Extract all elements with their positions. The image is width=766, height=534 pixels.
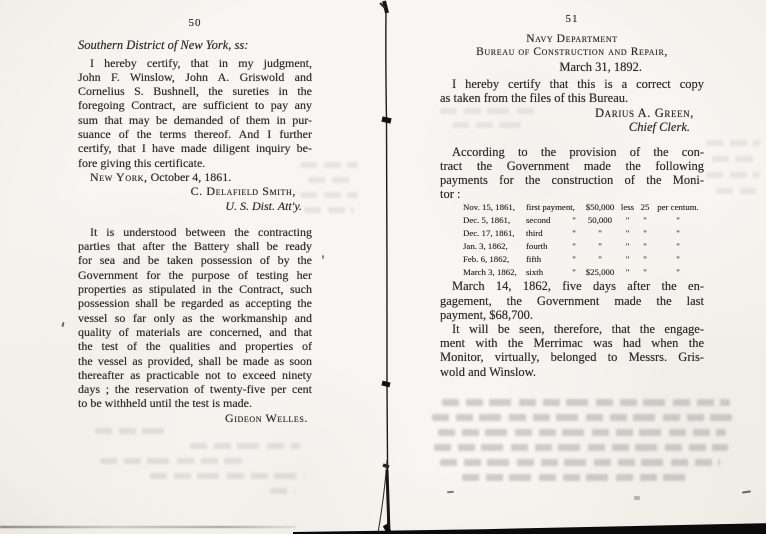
text-line: thereafter as practicable not to exceed … xyxy=(78,368,312,382)
table-cell: " xyxy=(565,253,583,266)
text-line: Government for the purpose of testing he… xyxy=(78,268,312,282)
table-cell: fifth xyxy=(526,253,565,266)
text-line: as taken from the files of this Bureau. xyxy=(440,91,704,105)
ink-speck xyxy=(322,255,324,259)
last-payment-paragraph: March 14, 1862, five days after the en-g… xyxy=(440,279,704,322)
table-cell: Feb. 6, 1862, xyxy=(463,253,526,266)
table-cell: " xyxy=(638,253,652,266)
scan-edge-shadow xyxy=(293,519,766,534)
table-cell: " xyxy=(617,227,638,240)
bleedthrough-bottom-right xyxy=(432,399,740,489)
table-row: Dec. 5, 1861,second"50,000""" xyxy=(440,214,704,227)
table-row: Nov. 15, 1861,first payment,$50,000less2… xyxy=(440,201,704,214)
text-line: possession shall be regarded as acceptin… xyxy=(78,296,312,310)
dateline-place: New York, xyxy=(90,170,148,184)
payments-intro-paragraph: According to the provision of the con-tr… xyxy=(440,145,704,202)
text-line: payment, $68,700. xyxy=(440,308,704,322)
table-cell: Dec. 17, 1861, xyxy=(463,227,526,240)
page-edge-line xyxy=(0,526,296,528)
text-line: tor : xyxy=(440,187,704,201)
table-cell: per centum. xyxy=(652,201,704,214)
table-cell: $25,000 xyxy=(583,266,617,279)
text-line: Monitor, virtually, belonged to Messrs. … xyxy=(440,350,704,364)
table-cell: fourth xyxy=(526,240,565,253)
table-cell: " xyxy=(583,240,617,253)
table-cell: " xyxy=(638,266,652,279)
text-line: Cornelius S. Bushnell, the sureties in t… xyxy=(78,84,312,98)
text-line: the test of the qualities and properties… xyxy=(78,339,312,353)
bureau-heading: Bureau of Construction and Repair, xyxy=(440,46,704,60)
table-cell: Dec. 5, 1861, xyxy=(463,214,526,227)
table-cell: March 3, 1862, xyxy=(463,266,526,279)
text-line: payments for the construction of the Mon… xyxy=(440,173,704,187)
text-line: properties as stipulated in the Contract… xyxy=(78,282,312,296)
table-cell: " xyxy=(565,227,583,240)
table-row: Feb. 6, 1862,fifth""""" xyxy=(440,253,704,266)
text-line: quality of materials are concerned, and … xyxy=(78,325,312,339)
text-line: suance of the terms thereof. And I furth… xyxy=(78,127,312,141)
table-cell: " xyxy=(652,253,704,266)
signature-green: Darius A. Green, xyxy=(440,106,704,120)
text-line: certify, that I have made diligent inqui… xyxy=(78,141,312,155)
payments-table: Nov. 15, 1861,first payment,$50,000less2… xyxy=(440,201,704,279)
table-cell: " xyxy=(652,240,704,253)
table-cell: " xyxy=(565,214,583,227)
text-line: According to the provision of the con- xyxy=(440,145,704,159)
table-cell: third xyxy=(526,227,565,240)
right-page: 51 Navy Department Bureau of Constructio… xyxy=(440,12,704,379)
signature-smith: C. Delafield Smith, xyxy=(78,184,312,198)
table-row: Dec. 17, 1861,third""""" xyxy=(440,227,704,240)
signature-green-title: Chief Clerk. xyxy=(440,120,704,134)
district-heading: Southern District of New York, ss: xyxy=(78,38,312,52)
bureau-dateline: March 31, 1892. xyxy=(440,60,704,74)
text-line: wold and Winslow. xyxy=(440,365,704,379)
text-line: It will be seen, therefore, that the eng… xyxy=(440,322,704,336)
book-scan: 50 Southern District of New York, ss: I … xyxy=(0,0,766,534)
page-number-left: 50 xyxy=(78,16,312,30)
table-cell: " xyxy=(617,240,638,253)
table-cell: " xyxy=(583,253,617,266)
table-cell: " xyxy=(652,266,704,279)
text-line: I hereby certify that this is a correct … xyxy=(440,77,704,91)
ink-speck xyxy=(634,496,640,500)
bleedthrough-right-margin xyxy=(706,140,760,204)
table-row: Jan. 3, 1862,fourth""""" xyxy=(440,240,704,253)
table-cell: second xyxy=(526,214,565,227)
table-cell: 50,000 xyxy=(583,214,617,227)
table-cell: " xyxy=(652,214,704,227)
text-line: parties that after the Battery shall be … xyxy=(78,239,312,253)
text-line: I hereby certify, that in my judgment, xyxy=(78,56,312,70)
table-cell: " xyxy=(565,266,583,279)
left-page: 50 Southern District of New York, ss: I … xyxy=(78,16,312,425)
table-cell: 25 xyxy=(638,201,652,214)
text-line: tract the Government made the following xyxy=(440,159,704,173)
text-line: to be withheld until the test is made. xyxy=(78,396,312,410)
text-line: gagement, the Government made the last xyxy=(440,294,704,308)
ink-speck xyxy=(61,322,64,327)
ink-speck xyxy=(447,491,454,494)
table-cell: sixth xyxy=(526,266,565,279)
table-cell: " xyxy=(583,227,617,240)
table-cell: less xyxy=(617,201,638,214)
signature-welles: Gideon Welles. xyxy=(78,411,312,425)
bleedthrough-bottom-left xyxy=(95,428,310,503)
text-line: vessel so far only as the workmanship an… xyxy=(78,311,312,325)
table-cell: " xyxy=(617,253,638,266)
table-cell: $50,000 xyxy=(583,201,617,214)
table-cell: first payment, xyxy=(526,201,565,214)
text-line: ment with the Merrimac was had when the xyxy=(440,336,704,350)
binding-wire xyxy=(372,0,400,534)
table-cell: " xyxy=(638,240,652,253)
text-line: days ; the reservation of twenty-five pe… xyxy=(78,382,312,396)
table-cell: Nov. 15, 1861, xyxy=(463,201,526,214)
dateline: New York, October 4, 1861. xyxy=(78,170,312,184)
text-line: March 14, 1862, five days after the en- xyxy=(440,279,704,293)
table-cell: " xyxy=(638,227,652,240)
navy-department-heading: Navy Department xyxy=(440,33,704,46)
text-line: It is understood between the contracting xyxy=(78,225,312,239)
dateline-date: October 4, 1861. xyxy=(148,170,232,184)
ink-speck xyxy=(742,490,751,493)
table-cell: " xyxy=(617,214,638,227)
table-row: March 3, 1862,sixth"$25,000""" xyxy=(440,266,704,279)
conclusion-paragraph: It will be seen, therefore, that the eng… xyxy=(440,322,704,379)
table-cell: " xyxy=(617,266,638,279)
table-cell: " xyxy=(565,240,583,253)
text-line: sum that may be demanded of them in pur- xyxy=(78,113,312,127)
bureau-certification-paragraph: I hereby certify that this is a correct … xyxy=(440,77,704,105)
text-line: foregoing Contract, are sufficient to pa… xyxy=(78,98,312,112)
text-line: John F. Winslow, John A. Griswold and xyxy=(78,70,312,84)
page-number-right: 51 xyxy=(440,12,704,26)
table-cell: " xyxy=(652,227,704,240)
text-line: the vessel as provided, shall be made as… xyxy=(78,354,312,368)
text-line: fore giving this certificate. xyxy=(78,156,312,170)
table-cell: Jan. 3, 1862, xyxy=(463,240,526,253)
text-line: for sea and be taken possession of by th… xyxy=(78,253,312,267)
table-cell: " xyxy=(638,214,652,227)
certification-paragraph: I hereby certify, that in my judgment,Jo… xyxy=(78,56,312,170)
signature-smith-title: U. S. Dist. Att'y. xyxy=(78,199,312,213)
understanding-paragraph: It is understood between the contracting… xyxy=(78,225,312,411)
